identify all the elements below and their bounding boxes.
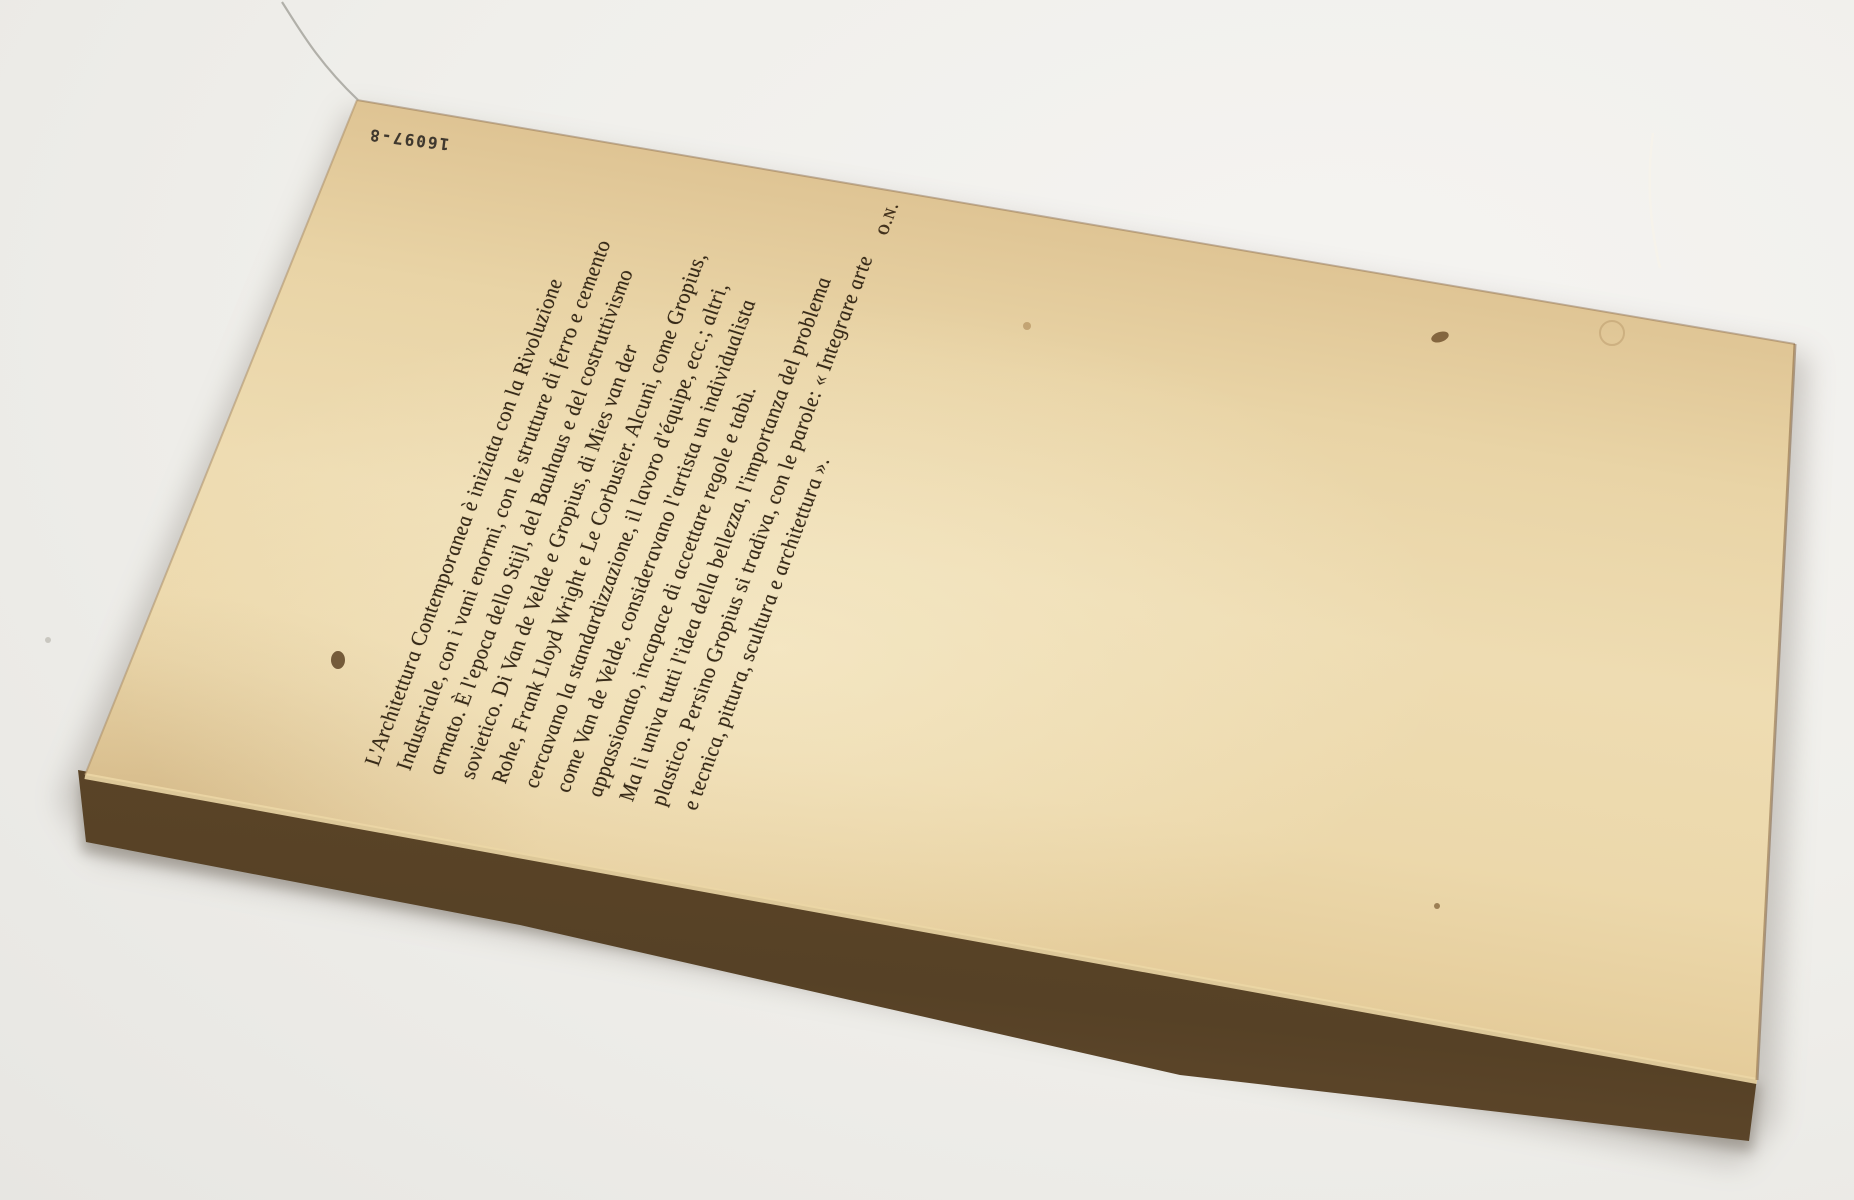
thread-on-cover bbox=[1650, 133, 1660, 268]
stain-speck bbox=[331, 651, 345, 669]
stain-speck bbox=[1430, 329, 1450, 344]
cover-bottom-edge-highlight bbox=[85, 776, 1757, 1081]
stain-speck bbox=[1434, 903, 1440, 909]
thread-top bbox=[282, 2, 358, 100]
cover-right-edge bbox=[1757, 344, 1795, 1080]
cover-left-edge bbox=[85, 100, 357, 775]
ring-stain bbox=[1600, 321, 1624, 345]
detail-layer bbox=[0, 0, 1854, 1200]
backdrop-speck bbox=[45, 637, 51, 643]
stain-speck bbox=[1023, 322, 1031, 330]
photo-of-book-back-cover: L'Architettura Contemporanea è iniziata … bbox=[0, 0, 1854, 1200]
